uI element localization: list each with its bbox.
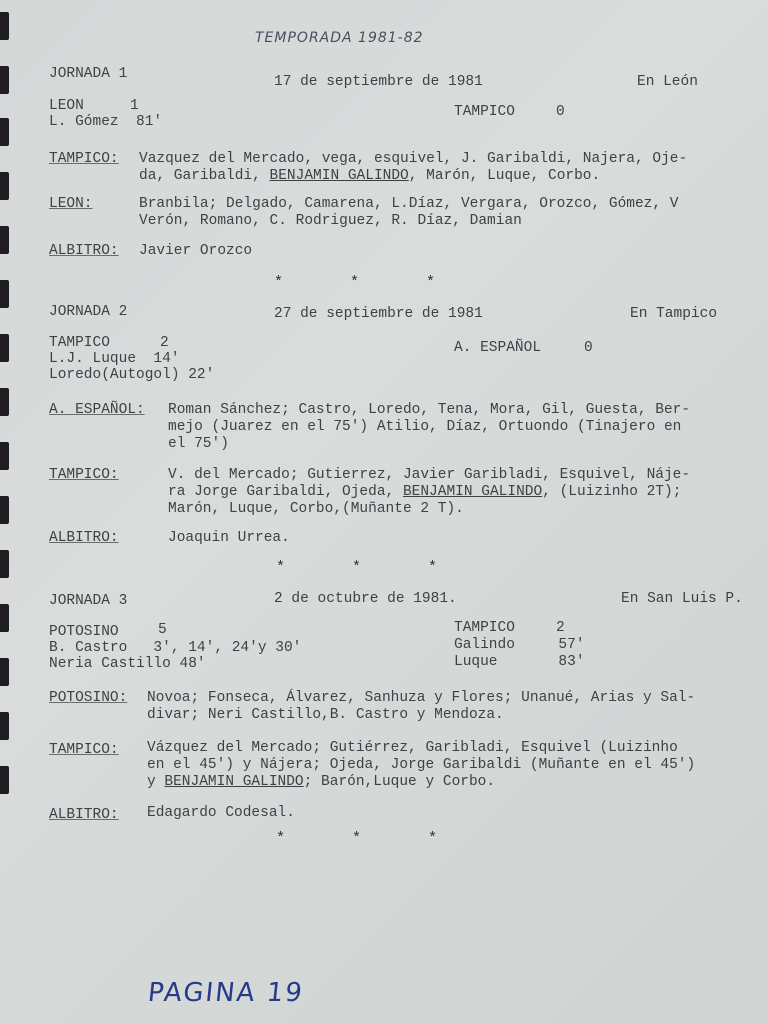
away-team: A. ESPAÑOL [454,340,541,357]
lineup-label: TAMPICO: [49,467,119,484]
referee-label: ALBITRO: [49,530,119,547]
home-score: 2 [160,335,169,352]
referee-label: ALBITRO: [49,243,119,260]
lineup-line: Novoa; Fonseca, Álvarez, Sanhuza y Flore… [147,690,695,707]
referee-name: Javier Orozco [139,243,252,260]
away-score: 2 [556,620,565,637]
home-scorer: L.J. Luque 14' [49,351,180,368]
match-venue: En Tampico [630,306,717,323]
lineup-line: Roman Sánchez; Castro, Loredo, Tena, Mor… [168,402,690,419]
away-team: TAMPICO [454,104,515,121]
lineup-line: ra Jorge Garibaldi, Ojeda, BENJAMIN GALI… [168,484,681,501]
match-date: 17 de septiembre de 1981 [274,74,483,91]
away-scorer: Luque 83' [454,654,585,671]
match-venue: En León [637,74,698,91]
home-team: POTOSINO [49,624,119,641]
match-date: 27 de septiembre de 1981 [274,306,483,323]
lineup-line: V. del Mercado; Gutierrez, Javier Garibl… [168,467,690,484]
lineup-line: el 75') [168,436,229,453]
season-note: TEMPORADA 1981-82 [255,30,424,46]
jornada-title: JORNADA 2 [49,304,127,321]
away-score: 0 [584,340,593,357]
page-number-note: PAGINA 19 [146,978,305,1008]
lineup-line: Branbila; Delgado, Camarena, L.Díaz, Ver… [139,196,679,213]
binding-ring [0,334,9,362]
binding-ring [0,712,9,740]
lineup-label: POTOSINO: [49,690,127,707]
binding-ring [0,658,9,686]
jornada-title: JORNADA 3 [49,593,127,610]
binding-ring [0,388,9,416]
lineup-line: Vázquez del Mercado; Gutiérrez, Gariblad… [147,740,678,757]
match-date: 2 de octubre de 1981. [274,591,457,608]
highlighted-player: BENJAMIN GALINDO [164,774,303,790]
lineup-label: TAMPICO: [49,151,119,168]
highlighted-player: BENJAMIN GALINDO [403,484,542,500]
home-score: 5 [158,622,167,639]
document-page: TEMPORADA 1981-82 JORNADA 1 17 de septie… [0,0,768,1024]
lineup-label: A. ESPAÑOL: [49,402,145,419]
lineup-line: divar; Neri Castillo,B. Castro y Mendoza… [147,707,504,724]
binding-ring [0,550,9,578]
home-scorer: Neria Castillo 48' [49,656,206,673]
home-scorer: B. Castro 3', 14', 24'y 30' [49,640,301,657]
match-venue: En San Luis P. [621,591,743,608]
binding-ring [0,604,9,632]
lineup-label: TAMPICO: [49,742,119,759]
away-scorer: Galindo 57' [454,637,585,654]
lineup-line: en el 45') y Nájera; Ojeda, Jorge Gariba… [147,757,695,774]
referee-name: Joaquin Urrea. [168,530,290,547]
referee-label: ALBITRO: [49,807,119,824]
jornada-title: JORNADA 1 [49,66,127,83]
binding-ring [0,496,9,524]
binding-ring [0,226,9,254]
lineup-label: LEON: [49,196,93,213]
away-team: TAMPICO [454,620,515,637]
lineup-line: da, Garibaldi, BENJAMIN GALINDO, Marón, … [139,168,600,185]
binding-ring [0,118,9,146]
lineup-line: mejo (Juarez en el 75') Atilio, Díaz, Or… [168,419,681,436]
home-scorer: Loredo(Autogol) 22' [49,367,214,384]
home-team: TAMPICO [49,335,110,352]
binding-ring [0,66,9,94]
lineup-line: y BENJAMIN GALINDO; Barón,Luque y Corbo. [147,774,495,791]
binding-ring [0,172,9,200]
home-scorer: L. Gómez 81' [49,114,162,131]
lineup-line: Verón, Romano, C. Rodriguez, R. Díaz, Da… [139,213,522,230]
home-score: 1 [130,98,139,115]
binding-ring [0,12,9,40]
binding-ring [0,280,9,308]
away-score: 0 [556,104,565,121]
lineup-line: Vazquez del Mercado, vega, esquivel, J. … [139,151,687,168]
binding-ring [0,766,9,794]
lineup-line: Marón, Luque, Corbo,(Muñante 2 T). [168,501,464,518]
highlighted-player: BENJAMIN GALINDO [270,168,409,184]
home-team: LEON [49,98,84,115]
binding-ring [0,442,9,470]
referee-name: Edagardo Codesal. [147,805,295,822]
